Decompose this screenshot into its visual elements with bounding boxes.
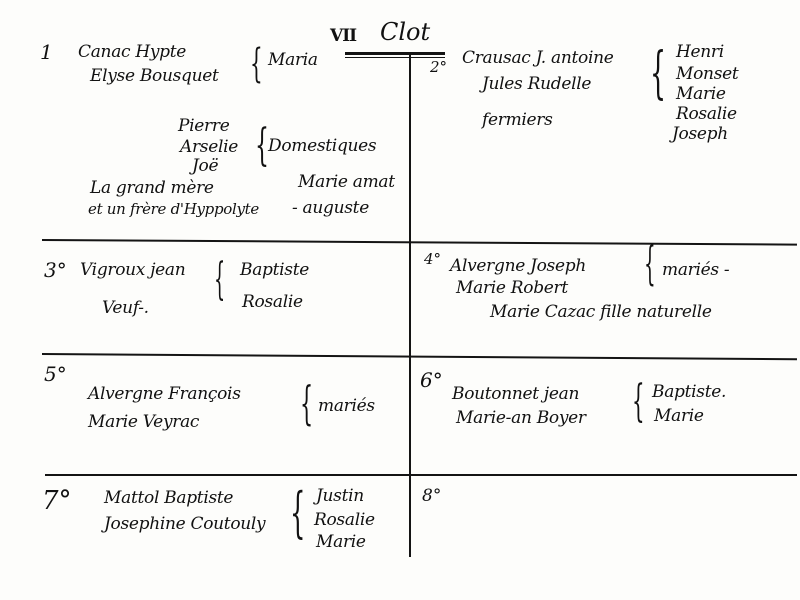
child-name: Baptiste <box>240 262 309 279</box>
child-name: Henri <box>676 44 724 61</box>
note-line: La grand mère <box>90 180 214 197</box>
child-name: Marie <box>676 86 726 103</box>
row-divider-3 <box>45 474 797 476</box>
row-divider-1 <box>42 239 797 246</box>
brace-icon: { <box>650 46 666 102</box>
head-name: Marie-an Boyer <box>456 410 586 427</box>
servant-name: Pierre <box>178 118 229 135</box>
brace-icon: { <box>250 44 263 84</box>
child-name: Rosalie <box>242 294 303 311</box>
title-number: VII <box>330 26 356 46</box>
child-name: Monset <box>676 66 738 83</box>
household-number: 7° <box>42 486 72 516</box>
child-name: Baptiste. <box>652 384 726 401</box>
brace-icon: { <box>214 258 225 302</box>
column-divider <box>409 52 411 557</box>
note: Marie Cazac fille naturelle <box>490 304 712 321</box>
head-name: Alvergne François <box>88 386 241 403</box>
note-line: et un frère d'Hyppolyte <box>88 202 259 217</box>
head-name: Crausac J. antoine <box>462 50 614 67</box>
head-name: Boutonnet jean <box>452 386 579 403</box>
head-name: Elyse Bousquet <box>90 68 219 85</box>
head-name: Marie Robert <box>456 280 568 297</box>
household-number: 1 <box>40 40 53 64</box>
head-name: Alvergne Joseph <box>450 258 586 275</box>
head-name: Canac Hypte <box>78 44 186 61</box>
status: mariés <box>318 398 375 415</box>
household-number: 8° <box>422 486 441 506</box>
servant-name: Arselie <box>180 139 238 156</box>
title-name: Clot <box>380 18 430 46</box>
row-divider-2 <box>42 353 797 360</box>
brace-icon: { <box>290 486 305 540</box>
household-number: 3° <box>44 258 67 282</box>
brace-icon: { <box>300 380 313 426</box>
note: fermiers <box>482 112 553 129</box>
child-name: Maria <box>268 52 318 69</box>
child-name: Marie <box>654 408 704 425</box>
brace-icon: { <box>632 380 645 424</box>
servants-label: Domestiques <box>268 138 376 155</box>
household-number: 6° <box>420 368 443 392</box>
note-line: - auguste <box>292 200 369 217</box>
child-name: Justin <box>316 488 364 505</box>
child-name: Rosalie <box>314 512 375 529</box>
servant-name: Joë <box>192 158 218 175</box>
child-name: Marie <box>316 534 366 551</box>
head-name: Vigroux jean <box>80 262 185 279</box>
head-name: Jules Rudelle <box>482 76 591 93</box>
head-name: Marie Veyrac <box>88 414 199 431</box>
child-name: Joseph <box>672 126 728 143</box>
head-name: Veuf-. <box>102 300 149 317</box>
status: mariés - <box>662 262 729 279</box>
household-number: 5° <box>44 362 67 386</box>
household-number: 4° <box>424 250 441 268</box>
household-number: 2° <box>430 58 447 76</box>
head-name: Josephine Coutouly <box>104 516 265 533</box>
brace-icon: { <box>644 240 656 286</box>
title-underline <box>345 52 445 55</box>
child-name: Rosalie <box>676 106 737 123</box>
brace-icon: { <box>255 124 269 168</box>
note-line: Marie amat <box>298 174 395 191</box>
head-name: Mattol Baptiste <box>104 490 233 507</box>
